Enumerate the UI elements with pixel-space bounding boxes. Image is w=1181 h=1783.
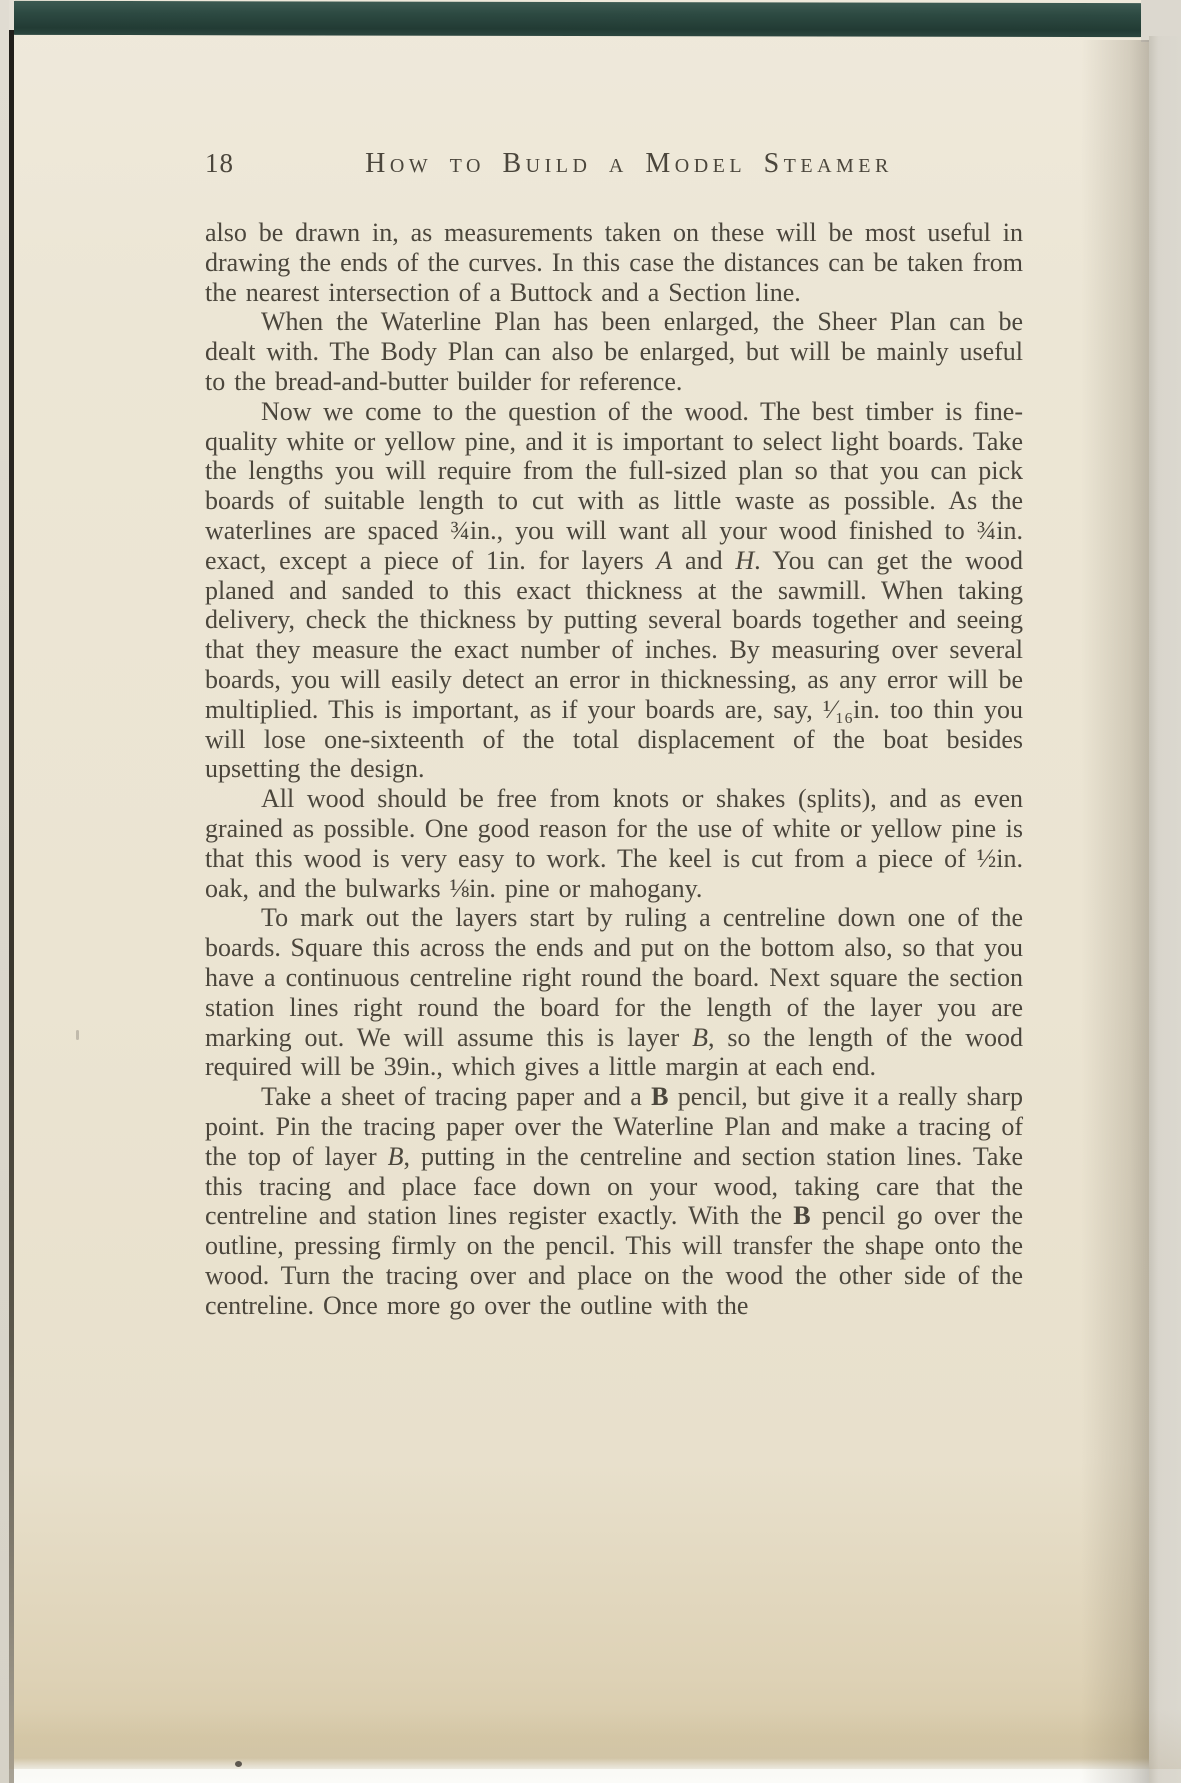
page-left-edge — [0, 0, 9, 1783]
paragraph: To mark out the layers start by ruling a… — [205, 903, 1023, 1082]
text-segment-italic: B — [692, 1023, 708, 1052]
text-segment-italic: A — [656, 546, 672, 575]
paragraph: also be drawn in, as measurements taken … — [205, 218, 1023, 307]
ink-speck — [235, 1761, 242, 1767]
text-segment-italic: H — [735, 546, 754, 575]
body-text: also be drawn in, as measurements taken … — [205, 218, 1023, 1320]
text-segment-italic: B — [388, 1142, 404, 1171]
ink-speck — [76, 1030, 79, 1040]
paragraph: Now we come to the question of the wood.… — [205, 397, 1023, 784]
page-header: 18 How to Build a Model Steamer — [205, 148, 1023, 180]
page-bottom-shade — [9, 1709, 1181, 1769]
page-left-edge-shadow — [9, 30, 14, 1783]
text-segment-bold: B — [793, 1201, 810, 1230]
page-curvature-shadow — [1081, 40, 1151, 1783]
text-segment-bold: B — [651, 1082, 668, 1111]
text-segment: also be drawn in, as measurements taken … — [205, 218, 1023, 307]
running-title: How to Build a Model Steamer — [345, 148, 1023, 180]
text-segment: and — [672, 546, 735, 575]
paragraph: When the Waterline Plan has been enlarge… — [205, 307, 1023, 396]
paragraph: Take a sheet of tracing paper and a B pe… — [205, 1082, 1023, 1320]
text-segment: When the Waterline Plan has been enlarge… — [205, 307, 1023, 396]
text-segment: All wood should be free from knots or sh… — [205, 784, 1023, 902]
paragraph: All wood should be free from knots or sh… — [205, 784, 1023, 903]
scan-background-edge-bar — [13, 1, 1142, 37]
text-segment: . You can get the wood planed and sanded… — [205, 546, 1023, 784]
page-number: 18 — [205, 148, 345, 179]
text-segment: Take a sheet of tracing paper and a — [261, 1082, 651, 1111]
scanned-book-page: 18 How to Build a Model Steamer also be … — [0, 0, 1181, 1783]
page-right-edge — [1149, 36, 1181, 1783]
